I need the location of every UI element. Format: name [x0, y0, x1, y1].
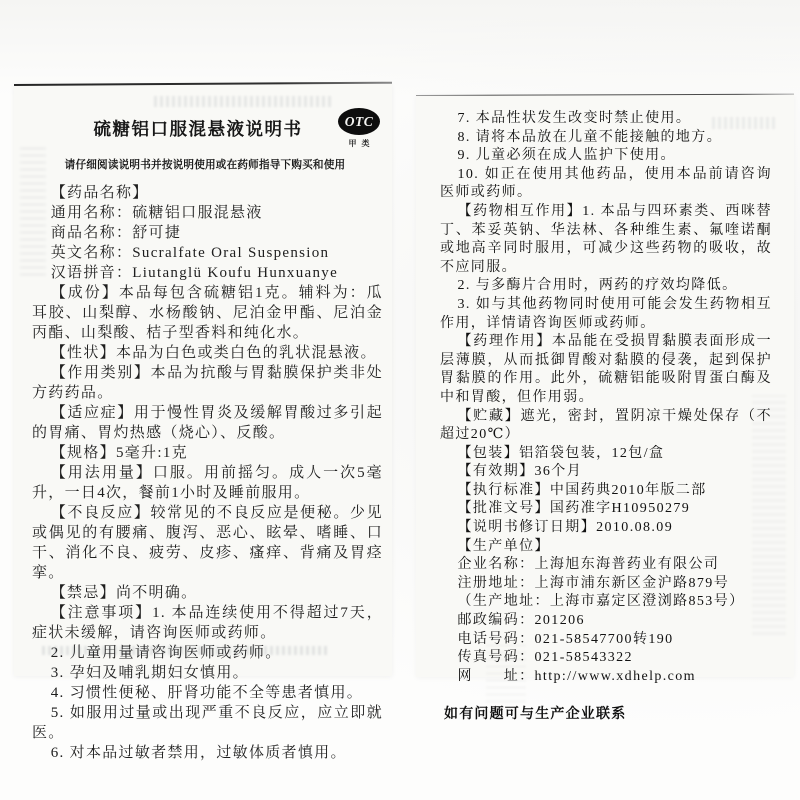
- text-line: 网 址：http://www.xdhelp.com: [440, 668, 772, 687]
- otc-class-label: 甲类: [334, 138, 384, 149]
- contact-manufacturer-note: 如有问题可与生产企业联系: [444, 703, 774, 723]
- text-line: 【药理作用】本品能在受损胃黏膜表面形成一层薄膜，从而抵御胃酸对黏膜的侵袭，起到保…: [440, 333, 772, 407]
- text-line: 【药物相互作用】1. 本品与四环素类、西咪替丁、苯妥英钠、华法林、各种维生素、氟…: [440, 203, 772, 277]
- text-line: 7. 本品性状发生改变时禁止使用。: [440, 110, 772, 129]
- text-line: 【成份】本品每包含硫糖铝1克。辅料为：瓜耳胶、山梨醇、水杨酸钠、尼泊金甲酯、尼泊…: [32, 283, 383, 343]
- otc-logo-icon: OTC: [338, 108, 380, 135]
- text-line: 【禁忌】尚不明确。: [32, 583, 383, 603]
- text-line: 通用名称：硫糖铝口服混悬液: [32, 203, 383, 223]
- text-line: 【规格】5毫升:1克: [32, 443, 383, 463]
- page-top-edge: [416, 94, 794, 97]
- page-title: 硫糖铝口服混悬液说明书: [62, 116, 334, 141]
- text-line: 【性状】本品为白色或类白色的乳状混悬液。: [32, 343, 383, 363]
- text-line: 5. 如服用过量或出现严重不良反应，应立即就医。: [32, 703, 383, 743]
- text-line: 9. 儿童必须在成人监护下使用。: [440, 147, 772, 166]
- text-line: 【药品名称】: [32, 183, 383, 203]
- text-line: 【包装】铝箔袋包装，12包/盒: [440, 445, 772, 464]
- text-line: 【贮藏】遮光，密封，置阴凉干燥处保存（不超过20℃）: [440, 408, 772, 445]
- text-line: 汉语拼音：Liutanglü Koufu Hunxuanye: [32, 263, 383, 283]
- read-instructions-notice: 请仔细阅读说明书并按说明使用或在药师指导下购买和使用: [24, 157, 386, 172]
- leaflet-body-left: 【药品名称】通用名称：硫糖铝口服混悬液商品名称：舒可捷英文名称：Sucralfa…: [32, 183, 383, 763]
- text-line: 8. 请将本品放在儿童不能接触的地方。: [440, 129, 772, 148]
- text-line: 【有效期】36个月: [440, 463, 772, 482]
- text-line: 【执行标准】中国药典2010年版二部: [440, 482, 772, 501]
- text-line: 电话号码：021-58547700转190: [440, 631, 772, 650]
- text-line: 3. 如与其他药物同时使用可能会发生药物相互作用，详情请咨询医师或药师。: [440, 296, 772, 333]
- text-line: 3. 孕妇及哺乳期妇女慎用。: [32, 663, 383, 683]
- text-line: 4. 习惯性便秘、肝肾功能不全等患者慎用。: [32, 683, 383, 703]
- text-line: 【作用类别】本品为抗酸与胃黏膜保护类非处方药药品。: [32, 363, 383, 403]
- text-line: 注册地址：上海市浦东新区金沪路879号: [440, 575, 772, 594]
- otc-badge: OTC 甲类: [334, 108, 384, 149]
- text-line: （生产地址：上海市嘉定区澄浏路853号）: [440, 593, 772, 612]
- scanned-drug-leaflet: { "left_page": { "otc_label": "OTC", "ot…: [0, 0, 800, 800]
- text-line: 【不良反应】较常见的不良反应是便秘。少见或偶见的有腰痛、腹泻、恶心、眩晕、嗜睡、…: [32, 503, 383, 583]
- leaflet-body-right: 7. 本品性状发生改变时禁止使用。8. 请将本品放在儿童不能接触的地方。9. 儿…: [440, 110, 772, 686]
- text-line: 【适应症】用于慢性胃炎及缓解胃酸过多引起的胃痛、胃灼热感（烧心）、反酸。: [32, 403, 383, 443]
- text-line: 英文名称：Sucralfate Oral Suspension: [32, 243, 383, 263]
- leaflet-page-right: 7. 本品性状发生改变时禁止使用。8. 请将本品放在儿童不能接触的地方。9. 儿…: [416, 95, 794, 677]
- text-line: 传真号码：021-58543322: [440, 649, 772, 668]
- text-line: 6. 对本品过敏者禁用，过敏体质者慎用。: [32, 743, 383, 763]
- text-line: 企业名称：上海旭东海普药业有限公司: [440, 556, 772, 575]
- text-line: 【用法用量】口服。用前摇匀。成人一次5毫升，一日4次，餐前1小时及睡前服用。: [32, 463, 383, 503]
- text-line: 10. 如正在使用其他药品，使用本品前请咨询医师或药师。: [440, 166, 772, 203]
- leaflet-header: 硫糖铝口服混悬液说明书 OTC 甲类: [28, 106, 384, 149]
- leaflet-page-left: 硫糖铝口服混悬液说明书 OTC 甲类 请仔细阅读说明书并按说明使用或在药师指导下…: [14, 84, 392, 676]
- text-line: 【生产单位】: [440, 538, 772, 557]
- text-line: 【批准文号】国药准字H10950279: [440, 500, 772, 519]
- text-line: 商品名称：舒可捷: [32, 223, 383, 243]
- text-line: 2. 儿童用量请咨询医师或药师。: [32, 643, 383, 663]
- text-line: 【注意事项】1. 本品连续使用不得超过7天，症状未缓解，请咨询医师或药师。: [32, 603, 383, 643]
- text-line: 2. 与多酶片合用时，两药的疗效均降低。: [440, 277, 772, 296]
- text-line: 【说明书修订日期】2010.08.09: [440, 519, 772, 538]
- text-line: 邮政编码：201206: [440, 612, 772, 631]
